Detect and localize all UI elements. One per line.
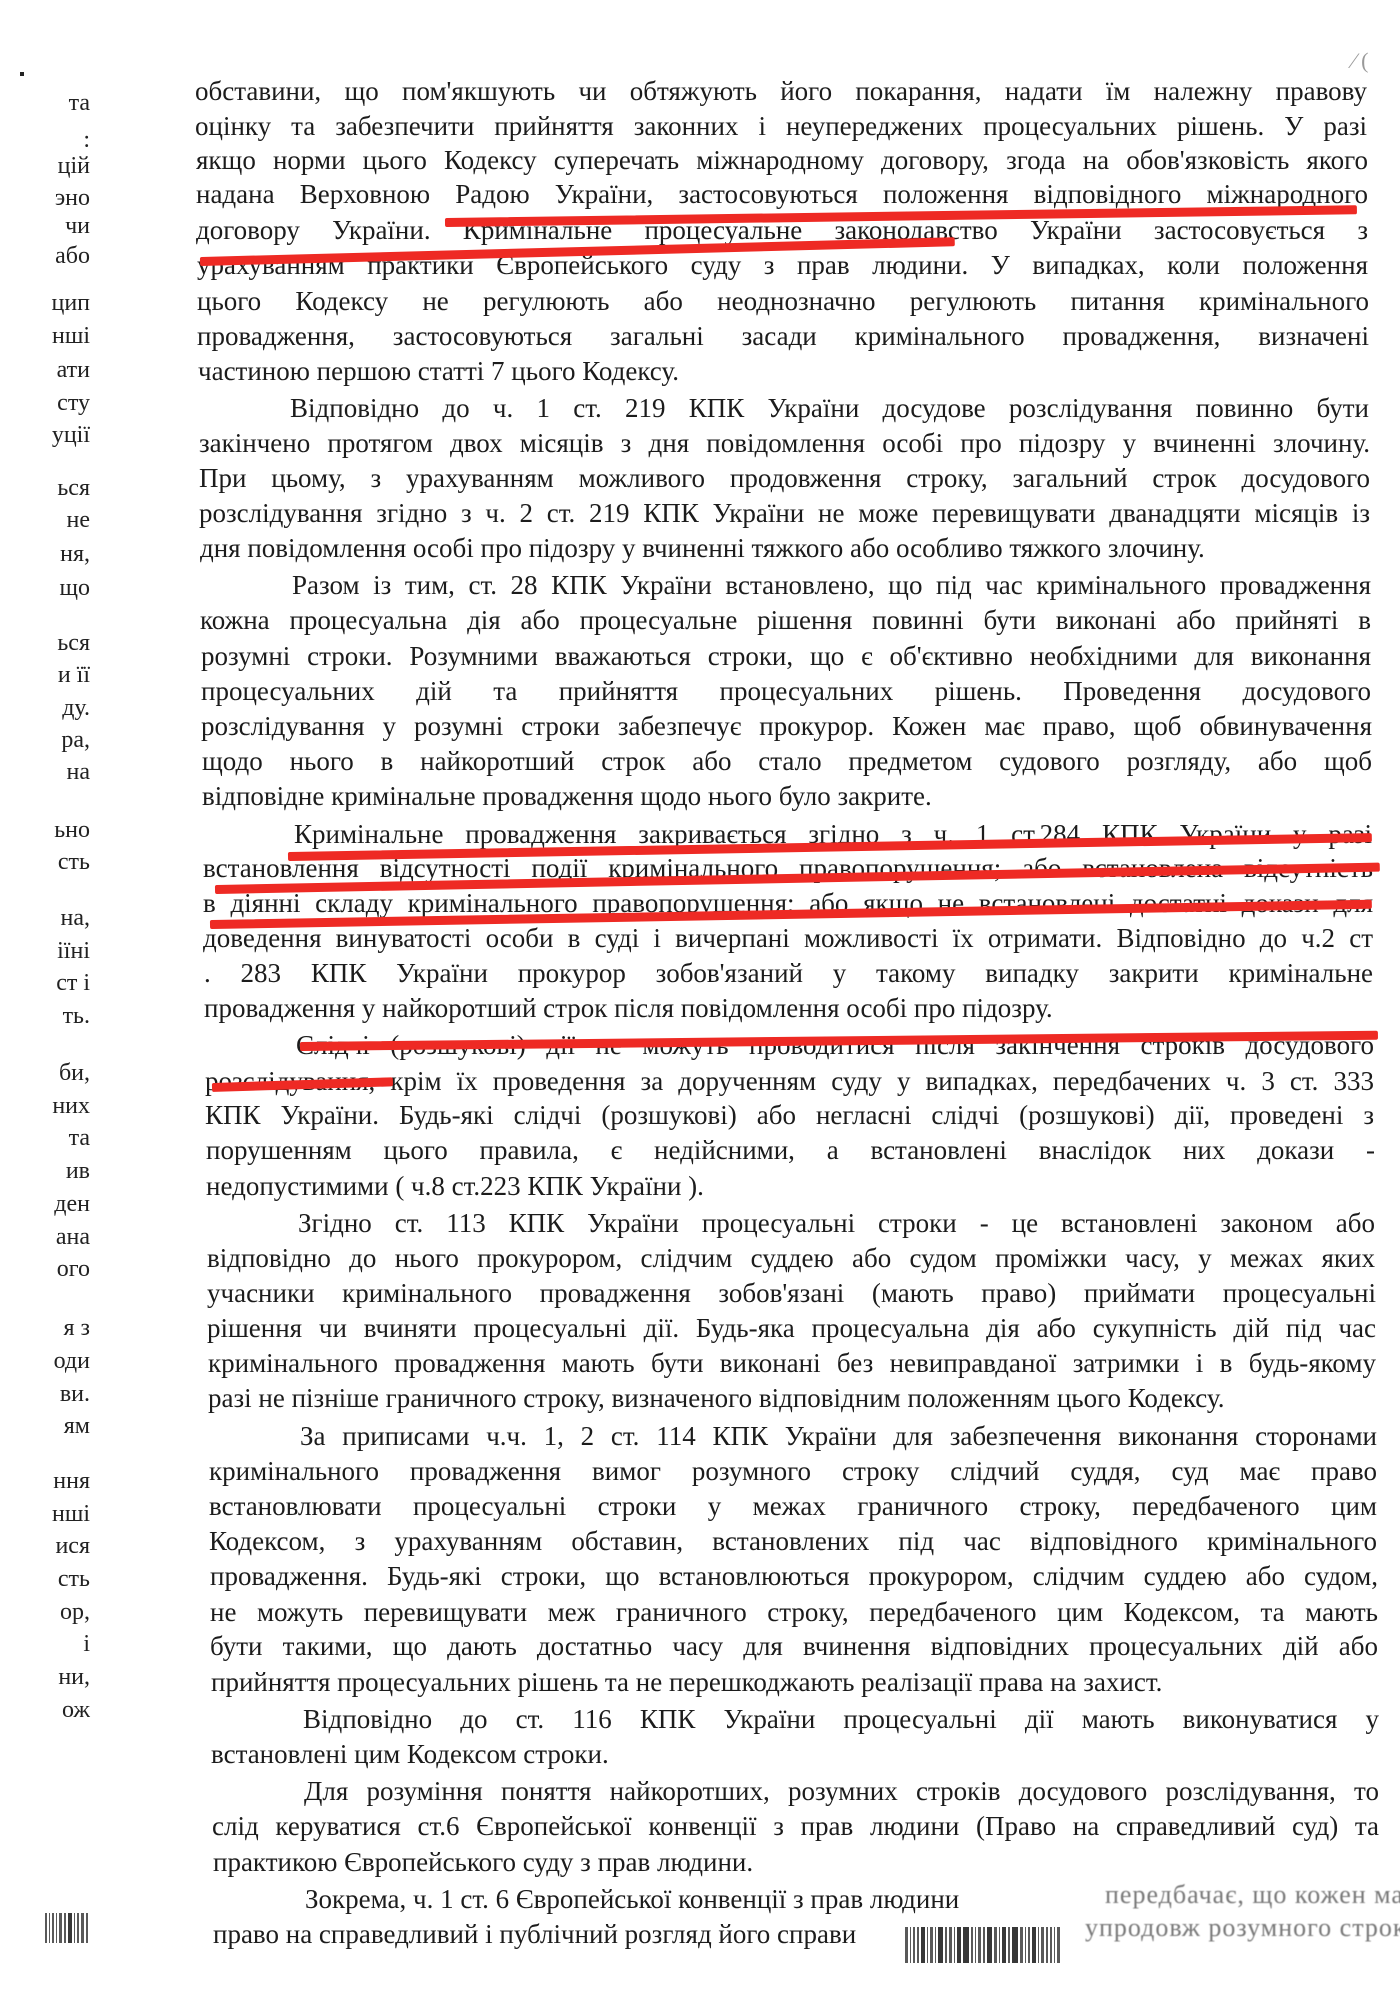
text-line: . 283 КПК України прокурор зобов'язаний … <box>204 957 1373 989</box>
barcode-right <box>905 1927 1060 1963</box>
margin-fragment: цип <box>30 289 90 317</box>
scan-dot <box>20 72 24 76</box>
margin-fragment: ься <box>30 629 90 657</box>
text-line: провадження. Будь-які строки, що встанов… <box>210 1560 1378 1592</box>
text-line: не можуть перевищувати меж граничного ст… <box>210 1596 1378 1628</box>
margin-fragment: сть <box>30 848 90 876</box>
text-line: встановлювати процесуальні строки у межа… <box>209 1490 1377 1522</box>
text-line: бути такими, що дають достатньо часу для… <box>210 1630 1378 1662</box>
margin-fragment: них <box>30 1092 90 1120</box>
text-line: прийняття процесуальних рішень та не пер… <box>211 1666 1378 1698</box>
margin-fragment: ися <box>30 1532 90 1560</box>
margin-fragment: ьно <box>30 816 90 844</box>
text-line: провадження, застосовуються загальні зас… <box>197 320 1369 352</box>
illegible-fragment-1: передбачає, що кожен має <box>1105 1880 1400 1910</box>
text-line: Для розуміння поняття найкоротших, розум… <box>304 1775 1379 1807</box>
margin-fragment: ви. <box>30 1380 90 1408</box>
text-line: закінчено протягом двох місяців з дня по… <box>199 427 1370 459</box>
text-line: Разом із тим, ст. 28 КПК України встанов… <box>292 569 1371 601</box>
text-line: разі не пізніше граничного строку, визна… <box>208 1382 1376 1414</box>
margin-fragment: ож <box>30 1696 90 1724</box>
scanned-document-page: та:ційэночиабоципншіатистууціїьсяненя,що… <box>0 0 1400 1989</box>
text-line: кожна процесуальна дія або процесуальне … <box>200 604 1371 636</box>
text-line: провадження у найкоротший строк після по… <box>204 992 1374 1024</box>
text-line: практикою Європейського суду з прав люди… <box>213 1846 1380 1878</box>
text-line: відповідно до нього прокурором, слідчим … <box>207 1242 1375 1274</box>
margin-fragment: ден <box>30 1190 90 1218</box>
margin-fragment: цій <box>30 152 90 180</box>
margin-fragment: та <box>30 89 90 117</box>
margin-fragment: на, <box>30 904 90 932</box>
margin-fragment: ня, <box>30 540 90 568</box>
margin-fragment: я з <box>30 1314 90 1342</box>
text-line: розслідування у розумні строки забезпечу… <box>201 710 1372 742</box>
margin-fragment: або <box>30 242 90 270</box>
margin-fragment: ям <box>30 1412 90 1440</box>
margin-fragment: іїні <box>30 937 90 965</box>
margin-fragment: не <box>30 506 90 534</box>
text-line: встановлені цим Кодексом строки. <box>211 1738 1379 1770</box>
text-line: Відповідно до ст. 116 КПК України процес… <box>303 1703 1379 1735</box>
text-line: цього Кодексу не регулюють або неоднозна… <box>197 285 1369 317</box>
text-line: Кодексом, з урахуванням обставин, встано… <box>209 1525 1377 1557</box>
text-line: Згідно ст. 113 КПК України процесуальні … <box>298 1207 1375 1239</box>
barcode-left <box>45 1913 88 1943</box>
margin-fragment: и її <box>30 661 90 689</box>
margin-fragment: на <box>30 758 90 786</box>
illegible-fragment-2: упродовж розумного строку <box>1085 1913 1400 1943</box>
text-line: частиною першою статті 7 цього Кодексу. <box>198 355 1369 387</box>
margin-fragment: ст і <box>30 969 90 997</box>
text-line: За приписами ч.ч. 1, 2 ст. 114 КПК Украї… <box>300 1420 1377 1452</box>
text-line: розслідування згідно з ч. 2 ст. 219 КПК … <box>199 497 1370 529</box>
margin-fragment: нші <box>30 1500 90 1528</box>
scan-artifact-mark: ⁄ ( <box>1352 48 1369 74</box>
text-line: оцінку та забезпечити прийняття законних… <box>195 110 1367 142</box>
margin-fragment: би, <box>30 1059 90 1087</box>
text-line: Відповідно до ч. 1 ст. 219 КПК України д… <box>290 392 1369 424</box>
margin-fragment: ор, <box>30 1598 90 1626</box>
text-line: щодо нього в найкоротший строк або стало… <box>202 745 1372 777</box>
margin-fragment: чи <box>30 212 90 240</box>
margin-fragment: : <box>30 126 90 154</box>
text-line: КПК України. Будь-які слідчі (розшукові)… <box>205 1099 1374 1131</box>
margin-fragment: ть. <box>30 1002 90 1030</box>
text-line: якщо норми цього Кодексу суперечать міжн… <box>196 144 1368 176</box>
text-line: Зокрема, ч. 1 ст. 6 Європейської конвенц… <box>305 1883 1085 1915</box>
text-line: дня повідомлення особі про підозру у вчи… <box>200 532 1370 564</box>
margin-fragment: нші <box>30 322 90 350</box>
text-line: учасники кримінального провадження зобов… <box>207 1277 1376 1309</box>
margin-fragment: ана <box>30 1223 90 1251</box>
margin-fragment: эно <box>30 184 90 212</box>
text-line: обставини, що пом'якшують чи обтяжують й… <box>195 75 1367 107</box>
text-line: надана Верховною Радою України, застосов… <box>196 178 1368 210</box>
text-line: відповідне кримінальне провадження щодо … <box>202 780 1372 812</box>
margin-fragment: уції <box>30 421 90 449</box>
margin-fragment: сть <box>30 1565 90 1593</box>
text-line: недопустимими ( ч.8 ст.223 КПК України )… <box>206 1170 1375 1202</box>
margin-fragment: ати <box>30 356 90 384</box>
margin-fragment: ив <box>30 1157 90 1185</box>
margin-fragment: оди <box>30 1347 90 1375</box>
margin-fragment: ння <box>30 1467 90 1495</box>
text-line: доведення винуватості особи в суді і вич… <box>203 922 1373 954</box>
margin-fragment: ду. <box>30 694 90 722</box>
margin-fragment: ого <box>30 1255 90 1283</box>
margin-fragment: ра, <box>30 726 90 754</box>
margin-fragment: ни, <box>30 1663 90 1691</box>
text-line: рішення чи вчиняти процесуальні дії. Буд… <box>207 1312 1376 1344</box>
text-line: право на справедливий і публічний розгля… <box>213 1918 1023 1950</box>
text-line: розумні строки. Розумними вважаються стр… <box>201 640 1371 672</box>
text-line: слід керуватися ст.6 Європейської конвен… <box>212 1810 1379 1842</box>
margin-fragment: що <box>30 574 90 602</box>
margin-fragment: та <box>30 1124 90 1152</box>
text-line: кримінального провадження вимог розумног… <box>209 1455 1377 1487</box>
text-line: При цьому, з урахуванням можливого продо… <box>199 462 1370 494</box>
margin-fragment: і <box>30 1630 90 1658</box>
text-line: процесуальних дій та прийняття процесуал… <box>201 675 1371 707</box>
margin-fragment: ься <box>30 474 90 502</box>
text-line: порушенням цього правила, є недійсними, … <box>206 1134 1375 1166</box>
text-line: кримінального провадження мають бути вик… <box>208 1347 1376 1379</box>
margin-fragment: сту <box>30 389 90 417</box>
